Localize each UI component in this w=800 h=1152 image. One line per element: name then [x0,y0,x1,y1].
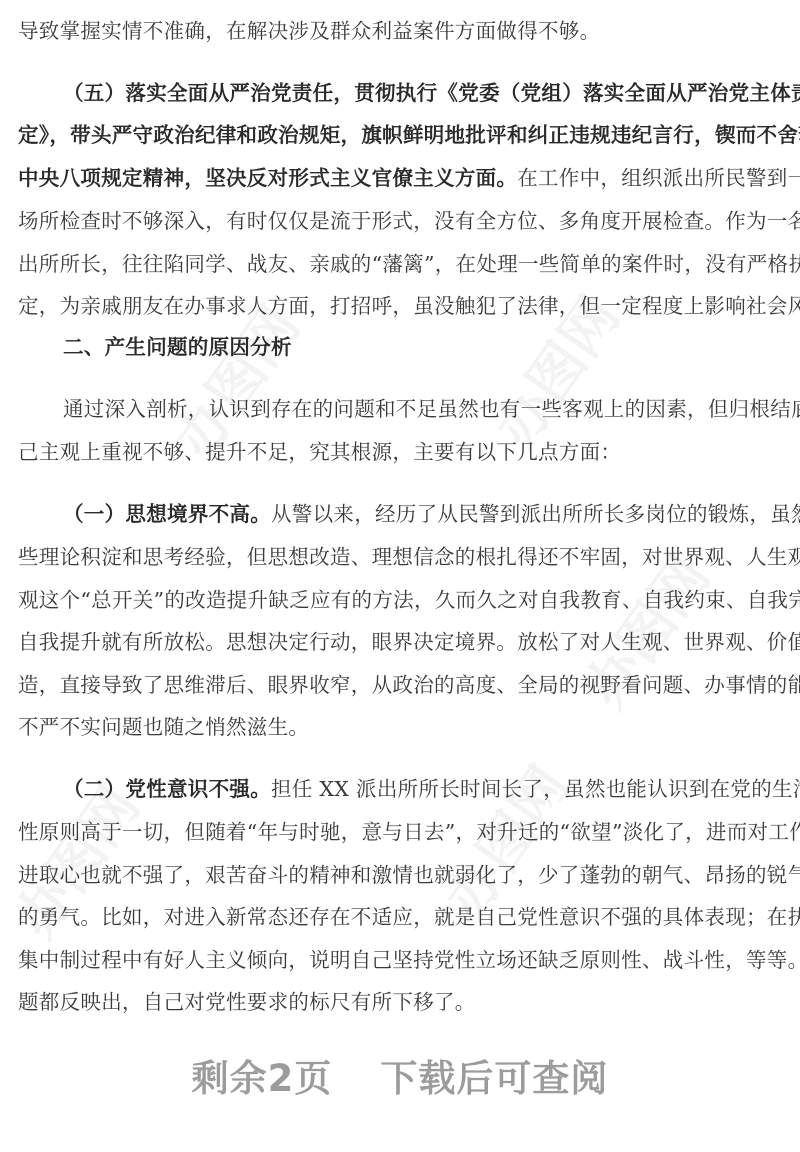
text-line: 己主观上重视不够、提升不足，究其根源，主要有以下几点方面： [18,437,763,467]
body-text: 进取心也就不强了，艰苦奋斗的精神和激情也就弱化了，少了蓬勃的朝气、昂扬的锐气和开… [18,863,800,887]
text-line: 造，直接导致了思维滞后、眼界收窄，从政治的高度、全局的视野看问题、办事情的能力不… [18,670,763,700]
download-prompt[interactable]: 剩余2页下载后可查阅 [0,1048,800,1102]
body-text: 己主观上重视不够、提升不足，究其根源，主要有以下几点方面： [18,440,621,464]
body-text: 自我提升就有所放松。思想决定行动，眼界决定境界。放松了对人生观、世界观、价值观的… [18,630,800,654]
bold-text: （五）落实全面从严治党责任，贯彻执行《党委（党组）落实全面从严治党主体责任规 [63,81,800,105]
text-line: 的勇气。比如，对进入新常态还存在不适应，就是自己党性意识不强的具体表现；在执行民… [18,902,763,932]
text-line: 集中制过程中有好人主义倾向，说明自己坚持党性立场还缺乏原则性、战斗性，等等。这些… [18,945,763,975]
text-line: 二、产生问题的原因分析 [63,332,763,362]
body-text: 从警以来，经历了从民警到派出所所长多岗位的锻炼，虽然有了一 [271,502,800,526]
text-line: 场所检查时不够深入，有时仅仅是流于形式，没有全方位、多角度开展检查。作为一名基层… [18,206,763,236]
text-line: 自我提升就有所放松。思想决定行动，眼界决定境界。放松了对人生观、世界观、价值观的… [18,627,763,657]
text-line: 观这个“总开关”的改造提升缺乏应有的方法，久而久之对自我教育、自我约束、自我完善… [18,585,763,615]
text-line: 导致掌握实情不准确，在解决涉及群众利益案件方面做得不够。 [18,16,763,46]
body-text: 造，直接导致了思维滞后、眼界收窄，从政治的高度、全局的视野看问题、办事情的能力不… [18,673,800,697]
body-text: 集中制过程中有好人主义倾向，说明自己坚持党性立场还缺乏原则性、战斗性，等等。这些… [18,948,800,972]
body-text: 不严不实问题也随之悄然滋生。 [18,715,309,739]
text-line: （二）党性意识不强。担任 XX 派出所所长时间长了，虽然也能认识到在党的生活中，… [63,774,763,804]
download-to-view-label: 下载后可查阅 [380,1057,608,1100]
text-line: （五）落实全面从严治党责任，贯彻执行《党委（党组）落实全面从严治党主体责任规 [63,78,763,108]
document-page: 导致掌握实情不准确，在解决涉及群众利益案件方面做得不够。（五）落实全面从严治党责… [0,0,800,1152]
bold-text: 定》，带头严守政治纪律和政治规矩，旗帜鲜明地批评和纠正违规违纪言行，锲而不舍落实 [18,123,800,147]
body-text: 导致掌握实情不准确，在解决涉及群众利益案件方面做得不够。 [18,19,600,43]
text-line: 进取心也就不强了，艰苦奋斗的精神和激情也就弱化了，少了蓬勃的朝气、昂扬的锐气和开… [18,860,763,890]
body-text: 观这个“总开关”的改造提升缺乏应有的方法，久而久之对自我教育、自我约束、自我完善… [18,588,800,612]
text-line: 定》，带头严守政治纪律和政治规矩，旗帜鲜明地批评和纠正违规违纪言行，锲而不舍落实 [18,120,763,150]
body-text: 性原则高于一切，但随着“年与时驰，意与日去”，对升迁的“欲望”淡化了，进而对工作… [18,820,800,844]
body-text: 定，为亲戚朋友在办事求人方面，打招呼，虽没触犯了法律，但一定程度上影响社会风气。 [18,294,800,318]
remaining-pages-label: 剩余2页 [192,1057,333,1100]
text-line: 定，为亲戚朋友在办事求人方面，打招呼，虽没触犯了法律，但一定程度上影响社会风气。 [18,291,763,321]
body-text: 在工作中，组织派出所民警到一些单位 [517,166,800,190]
body-text: 场所检查时不够深入，有时仅仅是流于形式，没有全方位、多角度开展检查。作为一名基层… [18,209,800,233]
bold-text: （一）思想境界不高。 [63,502,271,526]
bold-text: 二、产生问题的原因分析 [63,335,292,359]
text-line: 题都反映出，自己对党性要求的标尺有所下移了。 [18,987,763,1017]
bold-text: （二）党性意识不强。 [63,777,271,801]
text-line: （一）思想境界不高。从警以来，经历了从民警到派出所所长多岗位的锻炼，虽然有了一 [63,499,763,529]
body-text: 出所所长，往往陷同学、战友、亲戚的“藩篱”，在处理一些简单的案件时，没有严格执行… [18,252,800,276]
text-line: 不严不实问题也随之悄然滋生。 [18,712,763,742]
text-line: 性原则高于一切，但随着“年与时驰，意与日去”，对升迁的“欲望”淡化了，进而对工作… [18,817,763,847]
text-line: 出所所长，往往陷同学、战友、亲戚的“藩篱”，在处理一些简单的案件时，没有严格执行… [18,249,763,279]
body-text: 些理论积淀和思考经验，但思想改造、理想信念的根扎得还不牢固，对世界观、人生观、价… [18,545,800,569]
body-text: 题都反映出，自己对党性要求的标尺有所下移了。 [18,990,476,1014]
body-text: 担任 XX 派出所所长时间长了，虽然也能认识到在党的生活中，党 [271,777,800,801]
text-line: 中央八项规定精神，坚决反对形式主义官僚主义方面。在工作中，组织派出所民警到一些单… [18,163,763,193]
bold-text: 中央八项规定精神，坚决反对形式主义官僚主义方面。 [18,166,517,190]
text-line: 些理论积淀和思考经验，但思想改造、理想信念的根扎得还不牢固，对世界观、人生观、价… [18,542,763,572]
text-line: 通过深入剖析，认识到存在的问题和不足虽然也有一些客观上的因素，但归根结底还是自 [63,394,763,424]
body-text: 通过深入剖析，认识到存在的问题和不足虽然也有一些客观上的因素，但归根结底还是自 [63,397,800,421]
body-text: 的勇气。比如，对进入新常态还存在不适应，就是自己党性意识不强的具体表现；在执行民… [18,905,800,929]
